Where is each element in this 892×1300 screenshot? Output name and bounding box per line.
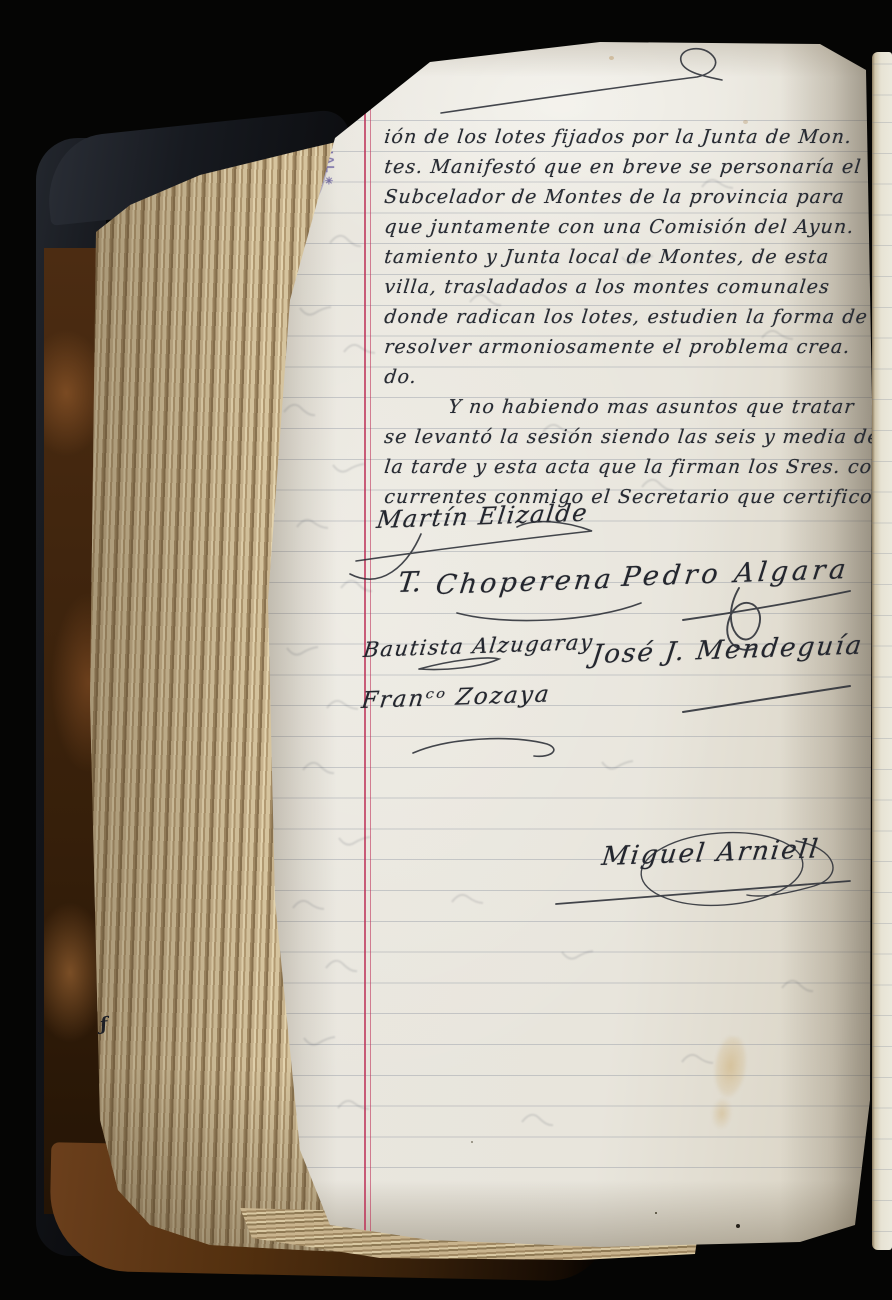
ink-specks	[736, 1224, 740, 1228]
next-page-sliver	[872, 52, 892, 1250]
paper-freckles	[561, 42, 566, 46]
ledger-photo: AYUNTAMIENTO CONSTITUCIONAL DE LESACA ✳	[0, 0, 892, 1300]
ink-showthrough	[284, 180, 813, 1125]
